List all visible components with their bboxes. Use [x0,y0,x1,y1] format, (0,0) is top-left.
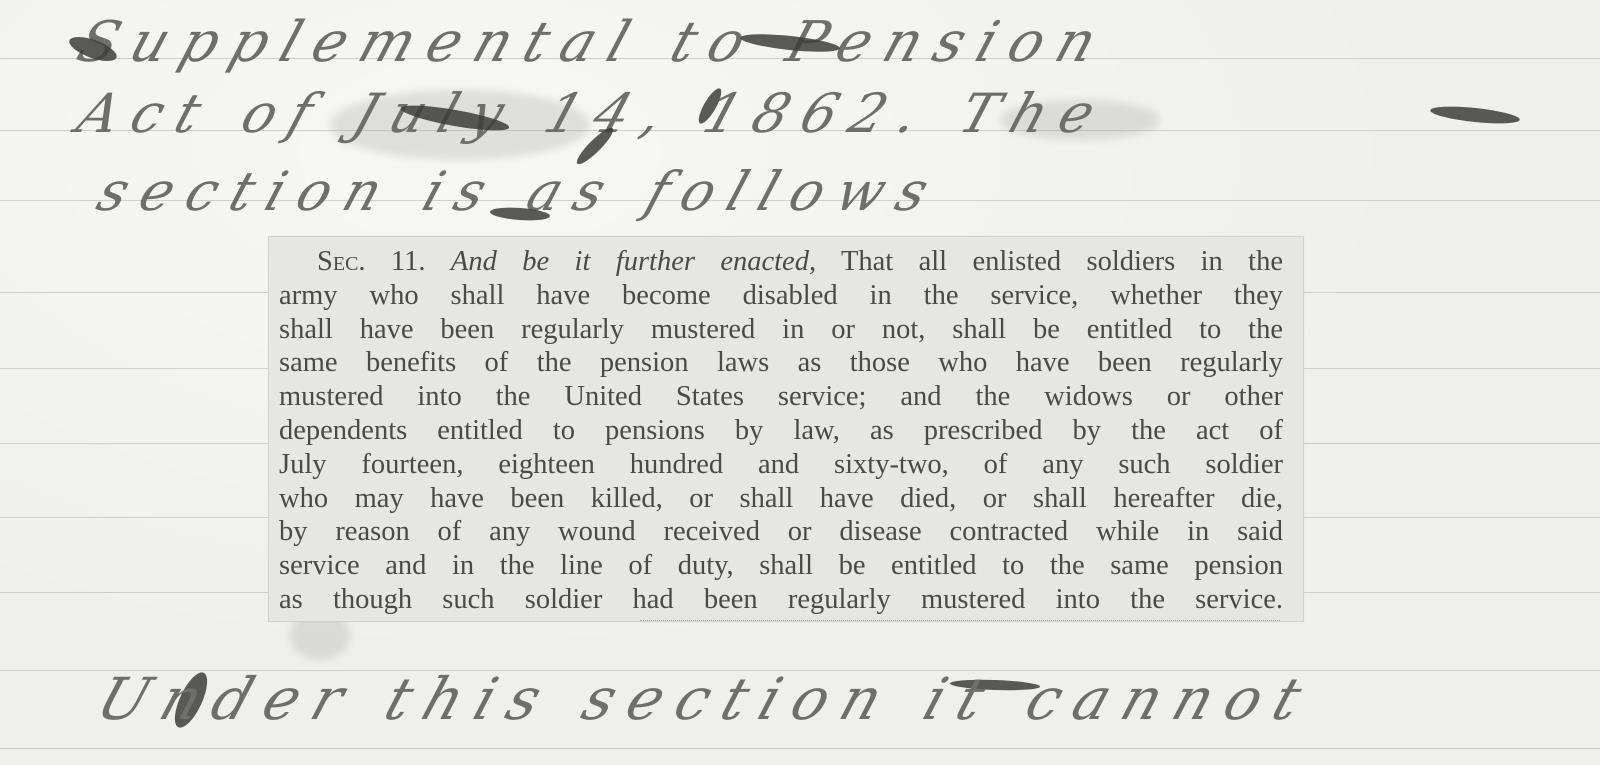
handwritten-header-line-1: Supplemental to Pension [69,10,1118,75]
statute-line: That all enlisted soldiers in the [841,246,1283,277]
statute-line: mustered into the United States service;… [279,380,1283,414]
statute-line: July fourteen, eighteen hundred and sixt… [279,448,1283,482]
statute-text: Sec. 11. And be it further enacted, That… [279,245,1283,617]
statute-line: service and in the line of duty, shall b… [279,549,1283,583]
statute-line: who may have been killed, or shall have … [279,482,1283,516]
statute-line: shall have been regularly mustered in or… [279,313,1283,347]
ledger-page: Supplemental to Pension Act of July 14, … [0,0,1600,765]
ink-stroke [1430,103,1521,126]
statute-line: by reason of any wound received or disea… [279,515,1283,549]
statute-first-line: Sec. 11. And be it further enacted, That… [279,245,1283,279]
clipping-cut-edge [640,620,1280,625]
ruled-line [0,748,1600,749]
handwritten-header-line-2: Act of July 14, 1862. The [70,82,1117,145]
statute-line: army who shall have become disabled in t… [279,279,1283,313]
printed-clipping: Sec. 11. And be it further enacted, That… [268,236,1304,622]
statute-line: dependents entitled to pensions by law, … [279,414,1283,448]
enacting-phrase: And be it further enacted, [451,246,816,277]
statute-line: as though such soldier had been regularl… [279,583,1283,617]
handwritten-footer-line-1: Under this section it cannot [89,665,1324,733]
section-label: Sec. 11. [317,246,426,277]
statute-line: same benefits of the pension laws as tho… [279,346,1283,380]
